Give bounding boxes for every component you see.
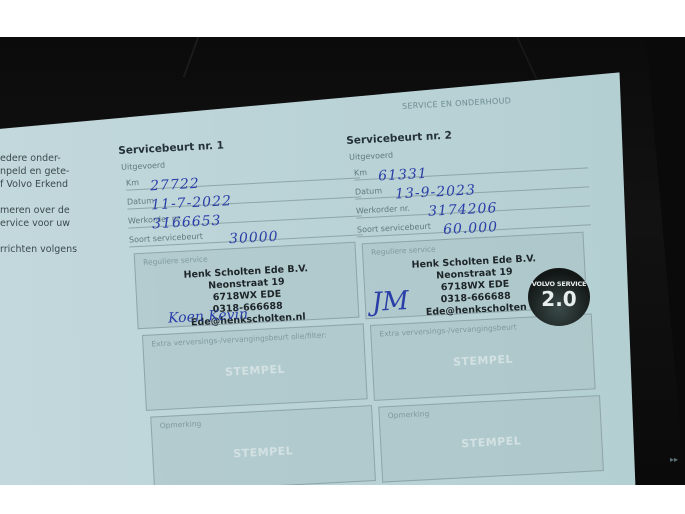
box-label: Extra verversings-/vervangingsbeurt bbox=[379, 322, 517, 338]
box-label: Reguliere service bbox=[371, 244, 436, 256]
remark-box: Opmerking STEMPEL bbox=[378, 395, 604, 483]
field-label: Soort servicebeurt bbox=[357, 222, 431, 235]
photo: SERVICE EN ONDERHOUD edere onder- npeld … bbox=[0, 37, 685, 485]
service-type-value: 30000 bbox=[229, 229, 279, 248]
extra-service-box: Extra verversings-/vervangingsbeurt olie… bbox=[142, 323, 368, 411]
text-line: npeld en gete- bbox=[0, 165, 77, 178]
regular-service-box: Reguliere service Henk Scholten Ede B.V.… bbox=[134, 242, 360, 330]
box-label: Opmerking bbox=[388, 409, 430, 420]
volvo-service-badge: VOLVO SERVICE 2.0 bbox=[528, 268, 590, 326]
seat-seam bbox=[183, 37, 200, 77]
stamp-placeholder: STEMPEL bbox=[373, 348, 593, 372]
next-page-arrows-icon: ▸▸ bbox=[670, 455, 678, 464]
text-line: meren over de bbox=[0, 204, 77, 217]
service-1: Servicebeurt nr. 1 Uitgevoerd Km 27722 D… bbox=[118, 132, 376, 485]
stamp-placeholder: STEMPEL bbox=[381, 430, 601, 454]
box-label: Extra verversings-/vervangingsbeurt olie… bbox=[151, 330, 327, 348]
remark-box: Opmerking STEMPEL bbox=[150, 405, 376, 485]
signature: JM bbox=[371, 286, 410, 318]
stamp-placeholder: STEMPEL bbox=[153, 440, 373, 464]
left-column-text: edere onder- npeld en gete- f Volvo Erke… bbox=[0, 152, 77, 256]
field-label: Soort servicebeurt bbox=[129, 232, 203, 245]
text-line: ervice voor uw bbox=[0, 217, 77, 230]
stamp-placeholder: STEMPEL bbox=[145, 358, 365, 382]
field-label: Km bbox=[126, 178, 140, 188]
box-label: Opmerking bbox=[160, 419, 202, 430]
badge-number: 2.0 bbox=[528, 288, 590, 310]
field-label: Datum bbox=[355, 186, 382, 196]
text-line: edere onder- bbox=[0, 152, 77, 165]
extra-service-box: Extra verversings-/vervangingsbeurt STEM… bbox=[370, 313, 596, 401]
field-label: Km bbox=[354, 168, 368, 178]
text-line: f Volvo Erkend bbox=[0, 178, 77, 191]
box-label: Reguliere service bbox=[143, 254, 208, 266]
service-type-value: 60.000 bbox=[443, 219, 499, 238]
field-label: Werkorder nr. bbox=[356, 204, 410, 216]
text-line: rrichten volgens bbox=[0, 243, 77, 256]
